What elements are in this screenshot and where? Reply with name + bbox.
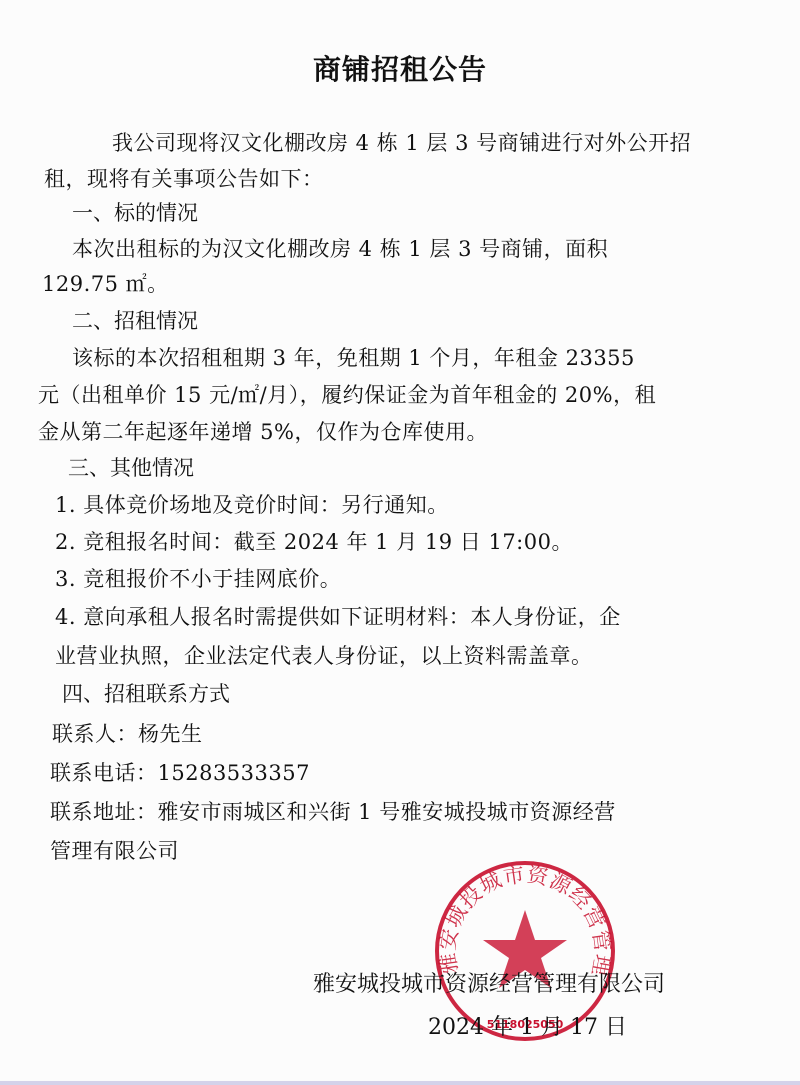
section-3-item-1: 1. 具体竞价场地及竞价时间：另行通知。 — [55, 489, 449, 519]
section-1-line-1: 本次出租标的为汉文化棚改房 4 栋 1 层 3 号商铺，面积 — [72, 233, 608, 263]
contact-address: 联系地址：雅安市雨城区和兴街 1 号雅安城投城市资源经营 — [50, 796, 616, 826]
intro-line-2: 租，现将有关事项公告如下： — [44, 163, 324, 193]
section-3-item-4-cont: 业营业执照，企业法定代表人身份证，以上资料需盖章。 — [55, 640, 593, 670]
section-1-line-2: 129.75 ㎡。 — [42, 268, 169, 298]
section-2-heading: 二、招租情况 — [72, 305, 198, 335]
section-3-item-2: 2. 竞租报名时间：截至 2024 年 1 月 19 日 17:00。 — [55, 526, 573, 556]
intro-line-1: 我公司现将汉文化棚改房 4 栋 1 层 3 号商铺进行对外公开招 — [112, 127, 691, 157]
section-3-heading: 三、其他情况 — [68, 452, 194, 482]
contact-phone: 联系电话：15283533357 — [50, 757, 310, 787]
document-title: 商铺招租公告 — [0, 48, 800, 88]
section-3-item-3: 3. 竞租报价不小于挂网底价。 — [55, 563, 341, 593]
section-3-item-4: 4. 意向承租人报名时需提供如下证明材料：本人身份证，企 — [55, 601, 621, 631]
section-2-line-2: 元（出租单价 15 元/㎡/月），履约保证金为首年租金的 20%，租 — [38, 379, 656, 409]
page-bottom-edge — [0, 1081, 800, 1085]
section-2-line-1: 该标的本次招租租期 3 年，免租期 1 个月，年租金 23355 — [72, 342, 635, 372]
section-1-heading: 一、标的情况 — [72, 197, 198, 227]
contact-address-cont: 管理有限公司 — [50, 835, 179, 865]
contact-person: 联系人：杨先生 — [52, 718, 203, 748]
signature-company: 雅安城投城市资源经营管理有限公司 — [313, 967, 665, 998]
section-4-heading: 四、招租联系方式 — [62, 678, 230, 708]
section-2-line-3: 金从第二年起逐年递增 5%，仅作为仓库使用。 — [38, 416, 488, 446]
signature-date: 2024 年 1 月 17 日 — [428, 1010, 627, 1041]
